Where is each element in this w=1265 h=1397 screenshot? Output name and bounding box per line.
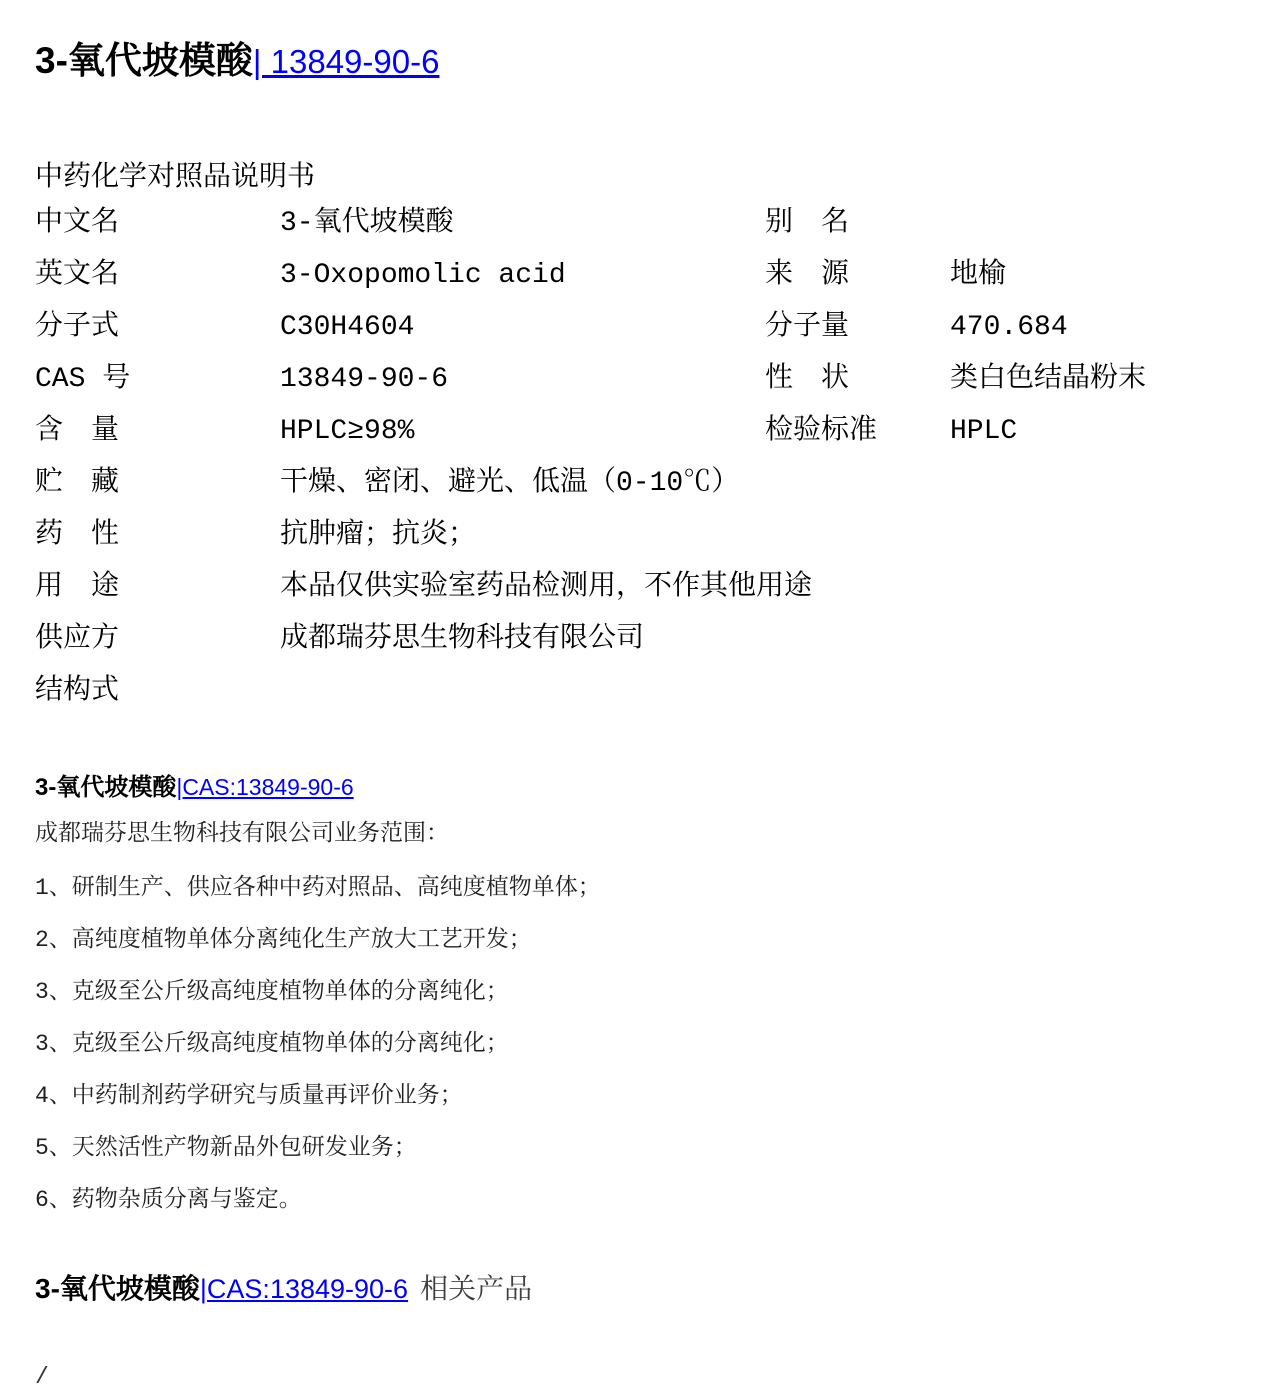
business-cas-link[interactable]: |CAS:13849-90-6 [176, 774, 353, 800]
spec-value [950, 458, 1265, 510]
spec-label: 来 源 [765, 250, 950, 302]
spec-label: 贮 藏 [35, 458, 280, 510]
spec-label [765, 614, 950, 666]
spec-value [950, 510, 1265, 562]
spec-label: 分子量 [765, 302, 950, 354]
spec-value: 成都瑞芬思生物科技有限公司 [280, 614, 765, 666]
spec-value [950, 562, 1265, 614]
title-cas-link[interactable]: | 13849-90-6 [253, 43, 440, 80]
spec-value: 抗肿瘤；抗炎； [280, 510, 765, 562]
page-title-compound-name: 3-氧代坡模酸 [35, 40, 253, 81]
list-item: 5、天然活性产物新品外包研发业务； [35, 1133, 1265, 1163]
spec-value [950, 666, 1265, 718]
list-item: 2、高纯度植物单体分离纯化生产放大工艺开发； [35, 925, 1265, 955]
spec-value: 3-Oxopomolic acid [280, 250, 765, 302]
spec-value: 干燥、密闭、避光、低温（0-10℃） [280, 458, 765, 510]
related-compound-name: 3-氧代坡模酸 [35, 1273, 200, 1304]
spec-label [765, 458, 950, 510]
spec-label: 用 途 [35, 562, 280, 614]
spec-label [765, 666, 950, 718]
spec-value: 470.684 [950, 302, 1265, 354]
spec-label: 中文名 [35, 198, 280, 250]
spec-value: 类白色结晶粉末 [950, 354, 1265, 406]
business-compound-name: 3-氧代坡模酸 [35, 774, 176, 801]
page-title: 3-氧代坡模酸| 13849-90-6 [35, 37, 1265, 86]
related-suffix-label: 相关产品 [420, 1274, 532, 1305]
list-item: 1、研制生产、供应各种中药对照品、高纯度植物单体； [35, 873, 1265, 903]
spec-value [950, 614, 1265, 666]
document-page: 3-氧代坡模酸| 13849-90-6 中药化学对照品说明书 中文名 3-氧代坡… [0, 0, 1265, 1392]
spec-row: 中文名 3-氧代坡模酸 别 名 [35, 198, 1265, 250]
spec-value: C30H4604 [280, 302, 765, 354]
spec-label: 别 名 [765, 198, 950, 250]
list-item: 3、克级至公斤级高纯度植物单体的分离纯化； [35, 1029, 1265, 1059]
spec-label: 供应方 [35, 614, 280, 666]
spec-row: 用 途 本品仅供实验室药品检测用，不作其他用途 [35, 562, 1265, 614]
spec-value [280, 666, 765, 718]
spec-value: HPLC≥98% [280, 406, 765, 458]
spec-label [765, 562, 950, 614]
related-cas-link[interactable]: |CAS:13849-90-6 [200, 1274, 408, 1304]
spec-value: HPLC [950, 406, 1265, 458]
spec-label: 检验标准 [765, 406, 950, 458]
business-scope-list: 1、研制生产、供应各种中药对照品、高纯度植物单体； 2、高纯度植物单体分离纯化生… [35, 873, 1265, 1215]
related-products-heading: 3-氧代坡模酸|CAS:13849-90-6相关产品 [35, 1271, 1265, 1308]
spec-table: 中文名 3-氧代坡模酸 别 名 英文名 3-Oxopomolic acid 来 … [35, 198, 1265, 718]
spec-value: 3-氧代坡模酸 [280, 198, 765, 250]
list-item: 6、药物杂质分离与鉴定。 [35, 1185, 1265, 1215]
spec-value: 地榆 [950, 250, 1265, 302]
spec-label: 分子式 [35, 302, 280, 354]
list-item: 4、中药制剂药学研究与质量再评价业务； [35, 1081, 1265, 1111]
spec-row: 分子式 C30H4604 分子量 470.684 [35, 302, 1265, 354]
business-section-heading: 3-氧代坡模酸|CAS:13849-90-6 [35, 772, 1265, 803]
spec-label: 药 性 [35, 510, 280, 562]
placeholder-slash: / [35, 1362, 1265, 1392]
spec-row: 供应方 成都瑞芬思生物科技有限公司 [35, 614, 1265, 666]
spec-row: 贮 藏 干燥、密闭、避光、低温（0-10℃） [35, 458, 1265, 510]
spec-label: 英文名 [35, 250, 280, 302]
spec-label: 性 状 [765, 354, 950, 406]
spec-label: 含 量 [35, 406, 280, 458]
spec-row: CAS 号 13849-90-6 性 状 类白色结晶粉末 [35, 354, 1265, 406]
spec-row: 药 性 抗肿瘤；抗炎； [35, 510, 1265, 562]
spec-row: 含 量 HPLC≥98% 检验标准 HPLC [35, 406, 1265, 458]
spec-sheet-heading: 中药化学对照品说明书 [35, 162, 1265, 196]
spec-value: 本品仅供实验室药品检测用，不作其他用途 [280, 562, 765, 614]
business-intro: 成都瑞芬思生物科技有限公司业务范围： [35, 819, 1265, 849]
spec-value: 13849-90-6 [280, 354, 765, 406]
spec-value [950, 198, 1265, 250]
spec-label: CAS 号 [35, 354, 280, 406]
spec-row: 英文名 3-Oxopomolic acid 来 源 地榆 [35, 250, 1265, 302]
spec-label: 结构式 [35, 666, 280, 718]
spec-label [765, 510, 950, 562]
spec-row: 结构式 [35, 666, 1265, 718]
list-item: 3、克级至公斤级高纯度植物单体的分离纯化； [35, 977, 1265, 1007]
